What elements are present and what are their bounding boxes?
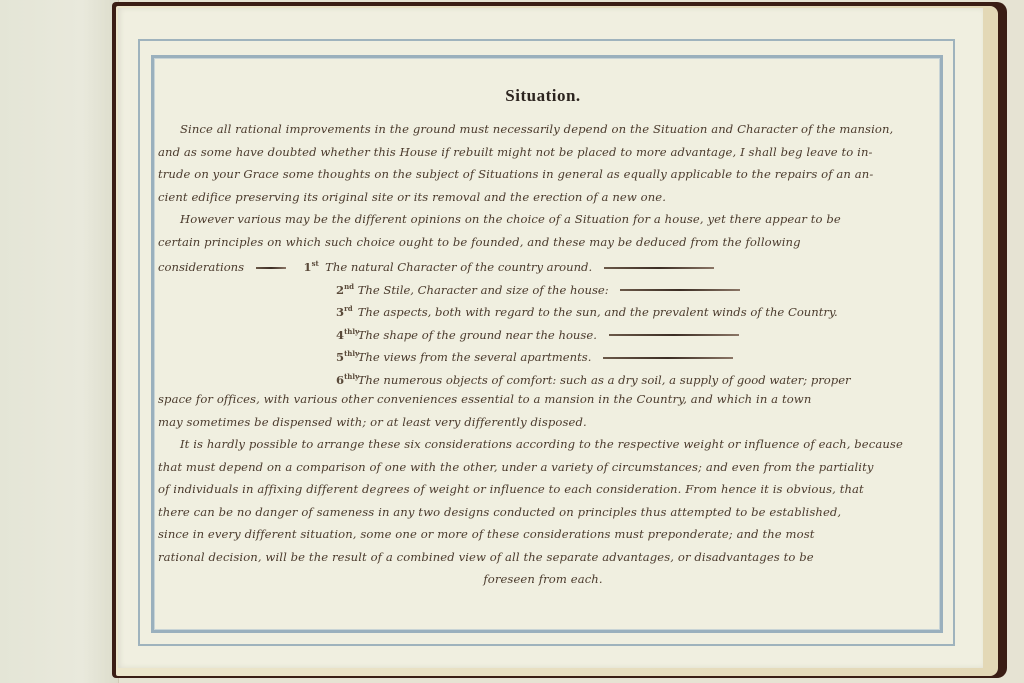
page-content: Situation. Since all rational improvemen… xyxy=(158,86,928,591)
item-text: The Stile, Character and size of the hou… xyxy=(358,282,609,296)
item-text: The natural Character of the country aro… xyxy=(325,260,592,274)
consideration-item-6: 6thly The numerous objects of comfort: s… xyxy=(158,366,928,389)
dash-rule xyxy=(620,289,740,291)
consideration-item-2: 2nd The Stile, Character and size of the… xyxy=(158,276,928,299)
text-line: It is hardly possible to arrange these s… xyxy=(158,433,928,456)
text-line: and as some have doubted whether this Ho… xyxy=(158,141,928,164)
item-text: The numerous objects of comfort: such as… xyxy=(358,372,851,386)
text-line: certain principles on which such choice … xyxy=(158,231,928,254)
dash-rule xyxy=(609,334,739,336)
text-line: However various may be the different opi… xyxy=(158,208,928,231)
page-title: Situation. xyxy=(158,86,928,106)
text-line: trude on your Grace some thoughts on the… xyxy=(158,163,928,186)
dash-rule xyxy=(604,267,714,269)
dash-rule xyxy=(603,357,733,359)
text-line: that must depend on a comparison of one … xyxy=(158,456,928,479)
text-line: may sometimes be dispensed with; or at l… xyxy=(158,411,928,434)
consideration-item-1: considerations 1st The natural Character… xyxy=(158,253,928,276)
item-number: 6thly xyxy=(336,366,354,391)
item-text: The views from the several apartments. xyxy=(358,350,592,364)
text-line: there can be no danger of sameness in an… xyxy=(158,501,928,524)
consideration-item-3: 3rd The aspects, both with regard to the… xyxy=(158,298,928,321)
text-line: cient edifice preserving its original si… xyxy=(158,186,928,209)
text-line: of individuals in affixing different deg… xyxy=(158,478,928,501)
consideration-item-4: 4thly The shape of the ground near the h… xyxy=(158,321,928,344)
text-line: space for offices, with various other co… xyxy=(158,388,928,411)
text-line: rational decision, will be the result of… xyxy=(158,546,928,569)
item-text: The aspects, both with regard to the sun… xyxy=(358,305,838,319)
considerations-label: considerations xyxy=(158,260,244,274)
closing-line: foreseen from each. xyxy=(158,568,928,591)
consideration-item-5: 5thly The views from the several apartme… xyxy=(158,343,928,366)
text-line: Since all rational improvements in the g… xyxy=(158,118,928,141)
dash-rule xyxy=(256,267,286,269)
text-line: since in every different situation, some… xyxy=(158,523,928,546)
item-text: The shape of the ground near the house. xyxy=(358,327,597,341)
manuscript-page: Situation. Since all rational improvemen… xyxy=(118,8,983,668)
left-blank-page xyxy=(0,0,119,683)
